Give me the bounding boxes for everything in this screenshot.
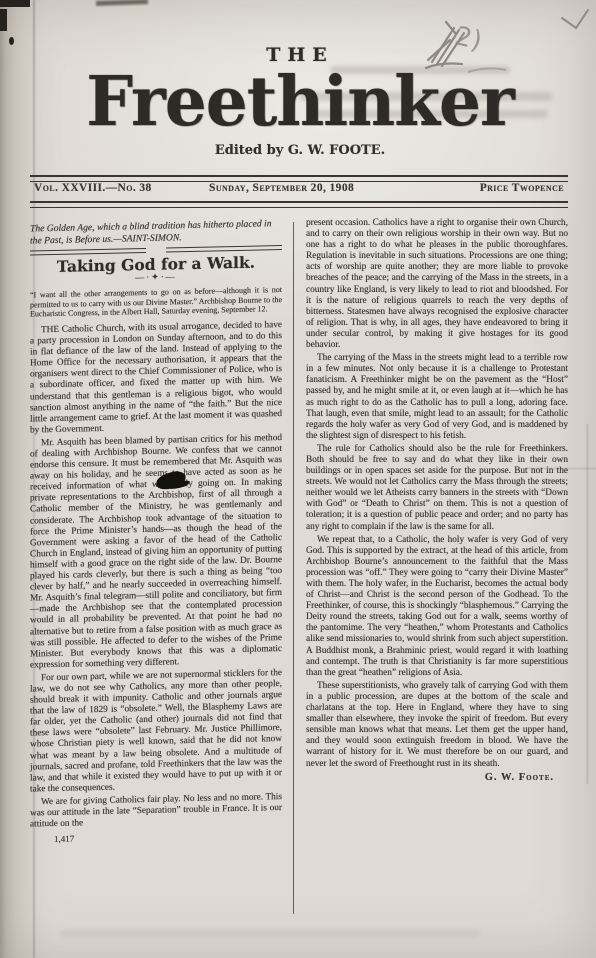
scan-corner-mark [0,0,30,7]
masthead-byline: Edited by G. W. FOOTE. [40,143,560,158]
paragraph: We repeat that, to a Catholic, the holy … [306,535,568,679]
scan-speck [9,37,14,45]
issue-date: Sunday, September 20, 1908 [209,182,354,194]
dateline: Vol. XXVIII.—No. 38 Sunday, September 20… [34,182,564,194]
scan-corner-mark [0,9,7,31]
showthrough-text [60,930,480,937]
paragraph: Mr. Asquith has been blamed by partisan … [30,433,282,671]
paragraph: These superstitionists, who gravely talk… [306,681,568,770]
epigraph: The Golden Age, which a blind tradition … [30,218,282,246]
page-edge-line [587,424,588,784]
paragraph: The carrying of the Mass in the streets … [306,353,568,442]
paragraph: The rule for Catholics should also be th… [306,444,568,533]
newspaper-page: 2) THE Freethinker Edited by G. W. FOOTE… [0,0,596,958]
paragraph: We are for giving Catholics fair play. N… [30,792,282,831]
masthead: THE Freethinker Edited by G. W. FOOTE. [40,44,560,158]
right-column: present occasion. Catholics have a right… [306,218,568,783]
paragraph: present occasion. Catholics have a right… [306,218,568,351]
horizontal-rule [30,201,568,208]
article-body: The Golden Age, which a blind tradition … [30,218,570,918]
horizontal-rule [30,175,568,182]
masthead-title: Freethinker [40,67,560,136]
check-icon [562,10,588,28]
price: Price Twopence [480,182,564,194]
article-quote: “I want all the other arrangements to go… [30,285,282,319]
paragraph: THE Catholic Church, with its usual arro… [30,320,282,436]
issue-footer-number: 1,417 [54,829,282,845]
volume-number: Vol. XXVIII.—No. 38 [34,182,152,194]
paragraph: For our own part, while we are not super… [30,668,282,796]
column-rule [293,222,294,914]
article-title: Taking God for a Walk. [30,256,282,273]
left-column: The Golden Age, which a blind tradition … [30,218,282,846]
scan-smudge [96,0,148,6]
author-signature: G. W. Foote. [306,772,568,783]
